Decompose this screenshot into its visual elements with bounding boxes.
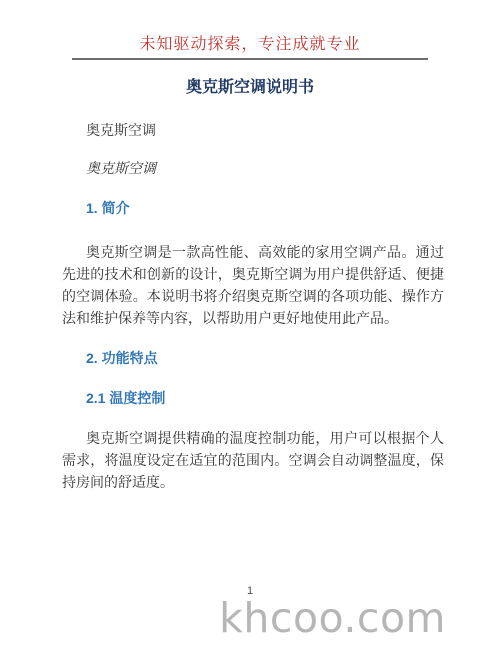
- document-body: 奥克斯空调 奥克斯空调 1. 简介 奥克斯空调是一款高性能、高效能的家用空调产品…: [0, 119, 500, 493]
- document-page: 未知驱动探索，专注成就专业 奥克斯空调说明书 奥克斯空调 奥克斯空调 1. 简介…: [0, 0, 500, 647]
- section-heading-intro: 1. 简介: [62, 197, 444, 219]
- brand-line-italic: 奥克斯空调: [62, 157, 444, 179]
- header-divider: [72, 58, 428, 60]
- paragraph-intro: 奥克斯空调是一款高性能、高效能的家用空调产品。通过先进的技术和创新的设计，奥克斯…: [62, 241, 444, 329]
- subsection-heading-temperature: 2.1 温度控制: [62, 387, 444, 409]
- paragraph-temperature: 奥克斯空调提供精确的温度控制功能，用户可以根据个人需求，将温度设定在适宜的范围内…: [62, 427, 444, 493]
- watermark: khcoo.com: [219, 596, 446, 641]
- header-slogan: 未知驱动探索，专注成就专业: [0, 35, 500, 54]
- section-heading-features: 2. 功能特点: [62, 347, 444, 369]
- document-title: 奥克斯空调说明书: [0, 77, 500, 99]
- brand-line: 奥克斯空调: [62, 119, 444, 141]
